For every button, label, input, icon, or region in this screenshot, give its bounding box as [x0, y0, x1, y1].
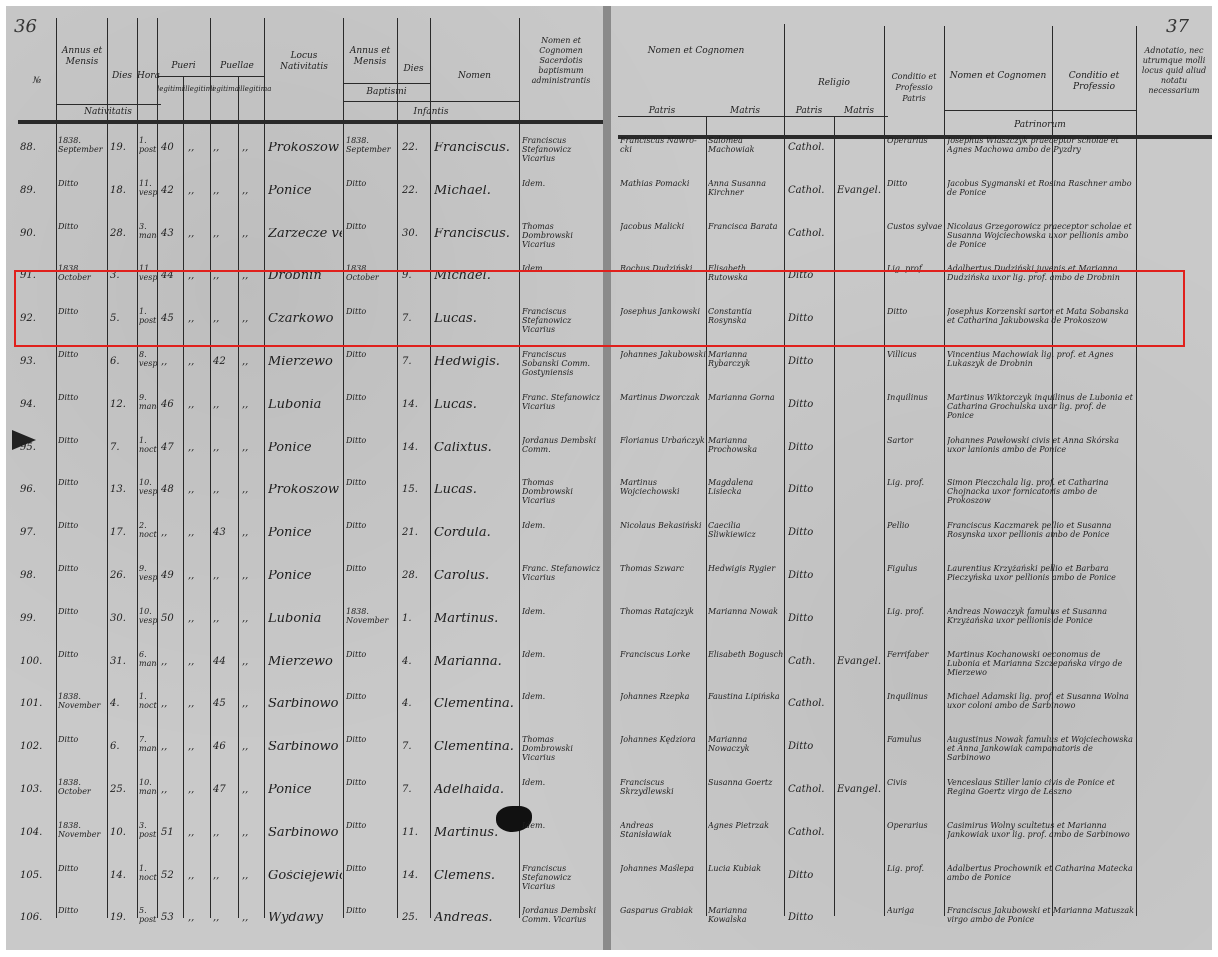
- cell-nomen: Adelhaida.: [434, 784, 518, 800]
- cell-puellae-legit: 44: [213, 656, 237, 672]
- cell-bapt-annus: Ditto: [346, 735, 396, 769]
- header-pueri-legitimi: legitimi: [157, 84, 183, 95]
- cell-annus-mensis: Ditto: [58, 478, 106, 512]
- cell-puellae-illeg: ,,: [242, 613, 262, 629]
- cell-pueri-legit: 46: [161, 399, 183, 415]
- cell-mater: Marianna Kowalska: [708, 906, 784, 940]
- cell-puellae-illeg: ,,: [242, 142, 262, 158]
- header-matris: Matris: [706, 106, 784, 117]
- cell-puellae-legit: ,,: [213, 570, 237, 586]
- cell-rel-matris: [837, 442, 883, 458]
- cell-annus-mensis: Ditto: [58, 906, 106, 940]
- cell-locus: Sarbinowo: [268, 698, 342, 714]
- cell-pater: Nicolaus Bekasiński: [620, 521, 706, 555]
- header-annus-mensis: Annus et Mensis: [58, 46, 106, 68]
- cell-bapt-annus: Ditto: [346, 179, 396, 213]
- cell-pueri-legit: ,,: [161, 356, 183, 372]
- cell-pueri-illeg: ,,: [188, 484, 208, 500]
- cell-puellae-legit: 43: [213, 527, 237, 543]
- cell-patrini: Augustinus Nowak famulus et Wojciechowsk…: [947, 735, 1135, 769]
- cell-pueri-legit: 51: [161, 827, 183, 843]
- cell-hora: 7. mane: [139, 735, 157, 769]
- cell-patrini: Jacobus Sygmanski et Rosina Raschner amb…: [947, 179, 1135, 213]
- cell-conditio: Ferrifaber: [887, 650, 943, 684]
- cell-hora: 9. mane: [139, 393, 157, 427]
- cell-rel-matris: [837, 912, 883, 928]
- header-pueri: Pueri: [157, 61, 210, 72]
- cell-bapt-annus: Ditto: [346, 222, 396, 256]
- cell-dies: 12.: [110, 399, 136, 415]
- cell-pater: Florianus Urbańczyk: [620, 436, 706, 470]
- cell-bapt-annus: Ditto: [346, 692, 396, 726]
- cell-bapt-annus: Ditto: [346, 393, 396, 427]
- cell-sacerdos: Idem.: [522, 692, 602, 726]
- cell-mater: Marianna Nowak: [708, 607, 784, 641]
- cell-conditio: Operarius: [887, 136, 943, 170]
- header-patrini-nomen: Nomen et Cognomen: [946, 71, 1050, 82]
- cell-annus-mensis: 1838. September: [58, 136, 106, 170]
- cell-adnotatio: [1139, 521, 1209, 555]
- cell-sacerdos: Idem.: [522, 821, 602, 855]
- cell-pueri-legit: 53: [161, 912, 183, 928]
- cell-nomen: Calixtus.: [434, 442, 518, 458]
- cell-conditio: Operarius: [887, 821, 943, 855]
- cell-patrini: Simon Pieczchala lig. prof. et Catharina…: [947, 478, 1135, 512]
- cell-pueri-illeg: ,,: [188, 656, 208, 672]
- cell-bapt-annus: Ditto: [346, 778, 396, 812]
- cell-puellae-legit: 42: [213, 356, 237, 372]
- cell-nomen: Lucas.: [434, 484, 518, 500]
- header-puellae-legitima: legitima: [210, 84, 238, 95]
- header-nomen: Nomen: [430, 71, 519, 82]
- cell-puellae-legit: ,,: [213, 827, 237, 843]
- cell-conditio: Lig. prof.: [887, 478, 943, 512]
- cell-hora: 10. vesp.: [139, 478, 157, 512]
- cell-puellae-illeg: ,,: [242, 228, 262, 244]
- cell-mater: Salomea Machowiak: [708, 136, 784, 170]
- cell-no: 102.: [20, 741, 56, 757]
- cell-dies: 18.: [110, 185, 136, 201]
- cell-puellae-legit: 46: [213, 741, 237, 757]
- cell-pater: Franciscus Lorke: [620, 650, 706, 684]
- cell-pueri-legit: ,,: [161, 784, 183, 800]
- cell-adnotatio: [1139, 564, 1209, 598]
- cell-no: 101.: [20, 698, 56, 714]
- cell-annus-mensis: Ditto: [58, 864, 106, 898]
- cell-pueri-illeg: ,,: [188, 399, 208, 415]
- cell-sacerdos: Idem.: [522, 179, 602, 213]
- cell-hora: 5. post.: [139, 906, 157, 940]
- cell-pueri-illeg: ,,: [188, 827, 208, 843]
- cell-pater: Andreas Stanisławiak: [620, 821, 706, 855]
- cell-nomen: Martinus.: [434, 827, 518, 843]
- cell-conditio: Civis: [887, 778, 943, 812]
- cell-pater: Thomas Szwarc: [620, 564, 706, 598]
- cell-puellae-legit: 47: [213, 784, 237, 800]
- cell-nomen: Clementina.: [434, 741, 518, 757]
- cell-puellae-illeg: ,,: [242, 570, 262, 586]
- cell-patrini: Martinus Kochanowski oeconomus de Luboni…: [947, 650, 1135, 684]
- cell-bapt-dies: 22.: [402, 185, 428, 201]
- cell-bapt-dies: 15.: [402, 484, 428, 500]
- cell-conditio: Lig. prof.: [887, 864, 943, 898]
- cell-locus: Mierzewo: [268, 356, 342, 372]
- cell-bapt-annus: Ditto: [346, 521, 396, 555]
- cell-locus: Sarbinowo: [268, 741, 342, 757]
- cell-bapt-dies: 28.: [402, 570, 428, 586]
- cell-conditio: Sartor: [887, 436, 943, 470]
- cell-adnotatio: [1139, 436, 1209, 470]
- cell-adnotatio: [1139, 650, 1209, 684]
- cell-hora: 2. noct.: [139, 521, 157, 555]
- cell-rel-patris: Cathol.: [788, 784, 832, 800]
- cell-hora: 9. vesp.: [139, 564, 157, 598]
- cell-pueri-illeg: ,,: [188, 228, 208, 244]
- cell-rel-matris: [837, 827, 883, 843]
- cell-hora: 3. mane: [139, 222, 157, 256]
- cell-puellae-legit: ,,: [213, 228, 237, 244]
- cell-rel-patris: Ditto: [788, 912, 832, 928]
- cell-rel-patris: Cathol.: [788, 142, 832, 158]
- right-page-number: 37: [1166, 16, 1189, 37]
- cell-pueri-legit: 50: [161, 613, 183, 629]
- header-sacerdos: Nomen et Cognomen Sacerdotis baptismum a…: [520, 36, 602, 86]
- cell-bapt-annus: Ditto: [346, 650, 396, 684]
- cell-puellae-illeg: ,,: [242, 399, 262, 415]
- cell-pueri-illeg: ,,: [188, 870, 208, 886]
- cell-pueri-illeg: ,,: [188, 442, 208, 458]
- cell-puellae-illeg: ,,: [242, 741, 262, 757]
- cell-patrini: Andreas Nowaczyk famulus et Susanna Krzy…: [947, 607, 1135, 641]
- cell-puellae-legit: ,,: [213, 912, 237, 928]
- cell-puellae-illeg: ,,: [242, 698, 262, 714]
- cell-adnotatio: [1139, 821, 1209, 855]
- cell-annus-mensis: 1838. October: [58, 778, 106, 812]
- cell-locus: Prokoszow: [268, 142, 342, 158]
- cell-patrini: Casimirus Wolny scultetus et Marianna Ja…: [947, 821, 1135, 855]
- left-page-number: 36: [14, 16, 37, 37]
- cell-bapt-annus: Ditto: [346, 436, 396, 470]
- cell-locus: Zarzecze vel Kaczkowo: [268, 228, 342, 244]
- cell-sacerdos: Thomas Dombrowski Vicarius: [522, 478, 602, 512]
- cell-rel-matris: [837, 356, 883, 372]
- cell-rel-patris: Ditto: [788, 741, 832, 757]
- cell-pueri-illeg: ,,: [188, 570, 208, 586]
- cell-pater: Thomas Ratajczyk: [620, 607, 706, 641]
- cell-dies: 13.: [110, 484, 136, 500]
- header-patris: Patris: [618, 106, 706, 117]
- cell-rel-patris: Cathol.: [788, 827, 832, 843]
- cell-puellae-illeg: ,,: [242, 827, 262, 843]
- cell-pueri-legit: ,,: [161, 741, 183, 757]
- cell-patrini: Venceslaus Stiller lanio civis de Ponice…: [947, 778, 1135, 812]
- cell-annus-mensis: 1838. November: [58, 821, 106, 855]
- cell-adnotatio: [1139, 478, 1209, 512]
- cell-rel-matris: [837, 527, 883, 543]
- header-patrinorum: Patrinorum: [944, 120, 1136, 131]
- header-puellae: Puellae: [210, 61, 264, 72]
- cell-conditio: Figulus: [887, 564, 943, 598]
- header-nomen-cognomen: Nomen et Cognomen: [646, 46, 746, 57]
- cell-annus-mensis: Ditto: [58, 350, 106, 384]
- cell-nomen: Franciscus.: [434, 142, 518, 158]
- cell-adnotatio: [1139, 607, 1209, 641]
- cell-no: 94.: [20, 399, 56, 415]
- cell-bapt-annus: Ditto: [346, 350, 396, 384]
- cell-annus-mensis: Ditto: [58, 735, 106, 769]
- cell-pater: Franciscus Nawro-cki: [620, 136, 706, 170]
- cell-adnotatio: [1139, 350, 1209, 384]
- cell-dies: 31.: [110, 656, 136, 672]
- cell-puellae-legit: 45: [213, 698, 237, 714]
- cell-hora: 1. noct.: [139, 436, 157, 470]
- cell-mater: Marianna Gorna: [708, 393, 784, 427]
- cell-annus-mensis: Ditto: [58, 521, 106, 555]
- cell-dies: 19.: [110, 912, 136, 928]
- cell-no: 97.: [20, 527, 56, 543]
- cell-rel-patris: Ditto: [788, 570, 832, 586]
- cell-mater: Susanna Goertz: [708, 778, 784, 812]
- cell-nomen: Marianna.: [434, 656, 518, 672]
- cell-rel-patris: Ditto: [788, 399, 832, 415]
- cell-annus-mensis: Ditto: [58, 222, 106, 256]
- cell-rel-patris: Ditto: [788, 527, 832, 543]
- highlighted-row-box: [14, 270, 1185, 347]
- cell-pueri-illeg: ,,: [188, 912, 208, 928]
- header-bapt-dies: Dies: [397, 64, 430, 75]
- cell-sacerdos: Franciscus Sobanski Comm. Gostyniensis: [522, 350, 602, 384]
- header-religio: Religio: [784, 78, 884, 89]
- cell-adnotatio: [1139, 778, 1209, 812]
- cell-conditio: Pellio: [887, 521, 943, 555]
- cell-mater: Caecilia Sliwkiewicz: [708, 521, 784, 555]
- cell-conditio: Auriga: [887, 906, 943, 940]
- cell-conditio: Custos sylvae: [887, 222, 943, 256]
- cell-hora: 1. noct.: [139, 692, 157, 726]
- cell-mater: Agnes Pietrzak: [708, 821, 784, 855]
- cell-no: 95.: [20, 442, 56, 458]
- cell-hora: 11. vesp.: [139, 179, 157, 213]
- cell-nomen: Carolus.: [434, 570, 518, 586]
- cell-bapt-dies: 14.: [402, 399, 428, 415]
- cell-puellae-legit: ,,: [213, 442, 237, 458]
- cell-bapt-annus: Ditto: [346, 821, 396, 855]
- cell-pueri-illeg: ,,: [188, 784, 208, 800]
- cell-annus-mensis: 1838. November: [58, 692, 106, 726]
- cell-pueri-illeg: ,,: [188, 185, 208, 201]
- cell-mater: Marianna Prochowska: [708, 436, 784, 470]
- cell-mater: Elisabeth Bogusch: [708, 650, 784, 684]
- cell-no: 98.: [20, 570, 56, 586]
- cell-bapt-dies: 25.: [402, 912, 428, 928]
- cell-conditio: Inquilinus: [887, 393, 943, 427]
- cell-pueri-legit: ,,: [161, 527, 183, 543]
- header-bapt-annus-mensis: Annus et Mensis: [344, 46, 396, 68]
- cell-rel-matris: [837, 698, 883, 714]
- cell-nomen: Lucas.: [434, 399, 518, 415]
- cell-rel-patris: Ditto: [788, 870, 832, 886]
- cell-puellae-illeg: ,,: [242, 185, 262, 201]
- cell-pueri-legit: 52: [161, 870, 183, 886]
- header-religio-matris: Matris: [834, 106, 884, 117]
- cell-adnotatio: [1139, 222, 1209, 256]
- cell-sacerdos: Franc. Stefanowicz Vicarius: [522, 564, 602, 598]
- cell-pater: Jacobus Malicki: [620, 222, 706, 256]
- cell-rel-matris: [837, 870, 883, 886]
- cell-puellae-illeg: ,,: [242, 656, 262, 672]
- cell-pater: Gasparus Grabiak: [620, 906, 706, 940]
- cell-mater: Magdalena Lisiecka: [708, 478, 784, 512]
- cell-patrini: Josephus Wlaszczyk praeceptor scholae et…: [947, 136, 1135, 170]
- cell-pueri-illeg: ,,: [188, 142, 208, 158]
- cell-adnotatio: [1139, 735, 1209, 769]
- cell-dies: 30.: [110, 613, 136, 629]
- cell-adnotatio: [1139, 393, 1209, 427]
- cell-patrini: Johannes Pawłowski civis et Anna Skórska…: [947, 436, 1135, 470]
- cell-patrini: Martinus Wiktorczyk inquilinus de Luboni…: [947, 393, 1135, 427]
- cell-puellae-legit: ,,: [213, 613, 237, 629]
- cell-pueri-legit: ,,: [161, 698, 183, 714]
- cell-annus-mensis: Ditto: [58, 650, 106, 684]
- cell-sacerdos: Thomas Dombrowski Vicarius: [522, 222, 602, 256]
- cell-patrini: Franciscus Jakubowski et Marianna Matusz…: [947, 906, 1135, 940]
- cell-sacerdos: Jordanus Dembski Comm.: [522, 436, 602, 470]
- cell-puellae-legit: ,,: [213, 399, 237, 415]
- cell-locus: Lubonia: [268, 613, 342, 629]
- cell-annus-mensis: Ditto: [58, 436, 106, 470]
- cell-patrini: Nicolaus Grzegorowicz praeceptor scholae…: [947, 222, 1135, 256]
- cell-pater: Johannes Maślepa: [620, 864, 706, 898]
- cell-bapt-dies: 7.: [402, 741, 428, 757]
- cell-bapt-annus: 1838. September: [346, 136, 396, 170]
- cell-bapt-annus: 1838. November: [346, 607, 396, 641]
- cell-bapt-annus: Ditto: [346, 906, 396, 940]
- cell-no: 90.: [20, 228, 56, 244]
- cell-bapt-dies: 14.: [402, 870, 428, 886]
- cell-puellae-legit: ,,: [213, 484, 237, 500]
- cell-dies: 6.: [110, 741, 136, 757]
- cell-patrini: Adalbertus Prochownik et Catharina Matec…: [947, 864, 1135, 898]
- cell-no: 103.: [20, 784, 56, 800]
- cell-bapt-dies: 30.: [402, 228, 428, 244]
- cell-bapt-dies: 4.: [402, 698, 428, 714]
- cell-locus: Ponice: [268, 570, 342, 586]
- cell-bapt-dies: 7.: [402, 784, 428, 800]
- cell-hora: 8. vesp.: [139, 350, 157, 384]
- header-no: №: [18, 76, 56, 87]
- cell-rel-matris: Evangel.: [837, 185, 883, 201]
- cell-annus-mensis: Ditto: [58, 393, 106, 427]
- cell-pater: Franciscus Skrzydlewski: [620, 778, 706, 812]
- cell-bapt-dies: 7.: [402, 356, 428, 372]
- cell-pueri-legit: 49: [161, 570, 183, 586]
- cell-puellae-illeg: ,,: [242, 356, 262, 372]
- cell-nomen: Cordula.: [434, 527, 518, 543]
- cell-puellae-illeg: ,,: [242, 442, 262, 458]
- cell-pater: Martinus Wojciechowski: [620, 478, 706, 512]
- cell-sacerdos: Franc. Stefanowicz Vicarius: [522, 393, 602, 427]
- cell-adnotatio: [1139, 179, 1209, 213]
- cell-patrini: Michael Adamski lig. prof. et Susanna Wo…: [947, 692, 1135, 726]
- cell-sacerdos: Idem.: [522, 778, 602, 812]
- header-dies: Dies: [107, 71, 137, 82]
- cell-conditio: Lig. prof.: [887, 607, 943, 641]
- cell-mater: Faustina Lipińska: [708, 692, 784, 726]
- cell-adnotatio: [1139, 692, 1209, 726]
- cell-hora: 10. mane: [139, 778, 157, 812]
- register-scan: 36 № Annus et Mensis Dies Hora Nativitat…: [6, 6, 1212, 950]
- header-locus-nativitatis: Locus Nativitatis: [266, 51, 342, 73]
- cell-dies: 14.: [110, 870, 136, 886]
- header-pueri-illegitimi: illegitimi: [183, 84, 210, 95]
- cell-bapt-annus: Ditto: [346, 864, 396, 898]
- cell-patrini: Franciscus Kaczmarek pellio et Susanna R…: [947, 521, 1135, 555]
- cell-hora: 6. mane: [139, 650, 157, 684]
- cell-puellae-illeg: ,,: [242, 870, 262, 886]
- cell-patrini: Vincentius Machowiak lig. prof. et Agnes…: [947, 350, 1135, 384]
- cell-pueri-illeg: ,,: [188, 613, 208, 629]
- cell-locus: Wydawy: [268, 912, 342, 928]
- cell-hora: 1. post.: [139, 136, 157, 170]
- cell-bapt-annus: Ditto: [346, 564, 396, 598]
- cell-bapt-annus: Ditto: [346, 478, 396, 512]
- cell-pueri-legit: 42: [161, 185, 183, 201]
- header-infantis: Infantis: [343, 107, 519, 118]
- header-puellae-illegitima: illegitima: [238, 84, 264, 95]
- cell-rel-patris: Cathol.: [788, 228, 832, 244]
- cell-puellae-legit: ,,: [213, 870, 237, 886]
- cell-mater: Francisca Barata: [708, 222, 784, 256]
- cell-nomen: Michael.: [434, 185, 518, 201]
- cell-adnotatio: [1139, 136, 1209, 170]
- cell-bapt-dies: 1.: [402, 613, 428, 629]
- cell-puellae-legit: ,,: [213, 185, 237, 201]
- cell-sacerdos: Franciscus Stefanowicz Vicarius: [522, 864, 602, 898]
- cell-adnotatio: [1139, 906, 1209, 940]
- cell-dies: 25.: [110, 784, 136, 800]
- cell-locus: Ponice: [268, 784, 342, 800]
- header-religio-patris: Patris: [784, 106, 834, 117]
- cell-conditio: Inquilinus: [887, 692, 943, 726]
- cell-conditio: Ditto: [887, 179, 943, 213]
- cell-rel-patris: Cath.: [788, 656, 832, 672]
- cell-dies: 19.: [110, 142, 136, 158]
- cell-sacerdos: Idem.: [522, 607, 602, 641]
- cell-annus-mensis: Ditto: [58, 179, 106, 213]
- cell-mater: Marianna Rybarczyk: [708, 350, 784, 384]
- cell-no: 93.: [20, 356, 56, 372]
- header-baptismi: Baptismi: [343, 87, 430, 98]
- cell-dies: 28.: [110, 228, 136, 244]
- cell-mater: Lucia Kubiak: [708, 864, 784, 898]
- cell-rel-matris: Evangel.: [837, 656, 883, 672]
- cell-nomen: Hedwigis.: [434, 356, 518, 372]
- cell-locus: Mierzewo: [268, 656, 342, 672]
- cell-locus: Ponice: [268, 527, 342, 543]
- cell-mater: Hedwigis Rygier: [708, 564, 784, 598]
- cell-mater: Marianna Nowaczyk: [708, 735, 784, 769]
- cell-adnotatio: [1139, 864, 1209, 898]
- cell-rel-matris: [837, 142, 883, 158]
- cell-pueri-illeg: ,,: [188, 527, 208, 543]
- cell-nomen: Franciscus.: [434, 228, 518, 244]
- cell-dies: 26.: [110, 570, 136, 586]
- cell-rel-matris: [837, 484, 883, 500]
- cell-no: 104.: [20, 827, 56, 843]
- cell-pater: Johannes Kędziora: [620, 735, 706, 769]
- cell-puellae-illeg: ,,: [242, 784, 262, 800]
- cell-pueri-legit: 43: [161, 228, 183, 244]
